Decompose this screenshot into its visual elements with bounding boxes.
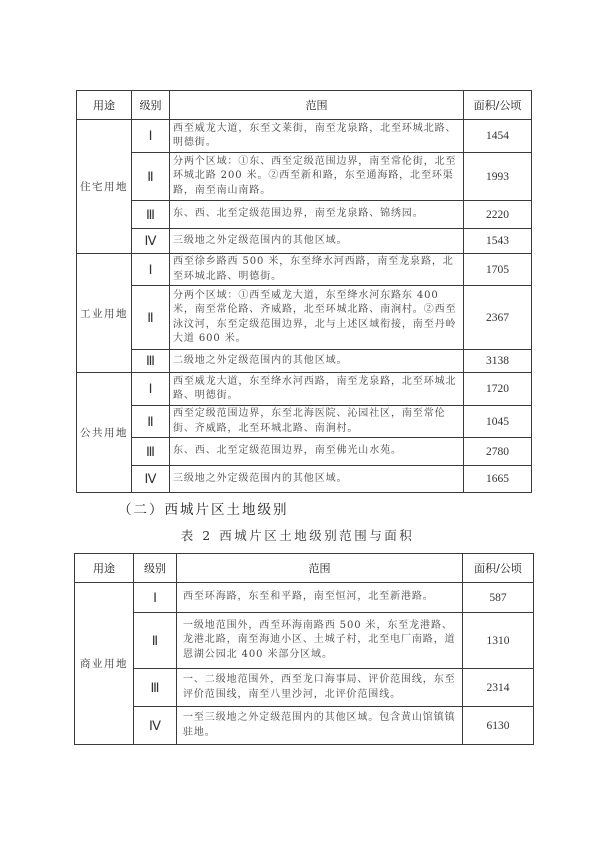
level-cell: Ⅰ [132, 373, 170, 406]
level-cell: Ⅰ [132, 254, 170, 286]
level-cell: Ⅱ [132, 406, 170, 438]
range-cell: 分两个区域：①东、西至定级范围边界，南至常伦街，北至环城北路 200 米。②西至… [170, 153, 464, 201]
level-cell: Ⅱ [134, 613, 177, 669]
level-cell: Ⅳ [134, 707, 177, 745]
range-cell: 东、西、北至定级范围边界，南至龙泉路、锦绣园。 [170, 201, 464, 229]
range-cell: 西至环海路，东至和平路，南至恒河，北至新港路。 [177, 583, 463, 613]
level-cell: Ⅱ [132, 286, 170, 350]
range-cell: 三级地之外定级范围内的其他区域。 [170, 466, 464, 493]
area-cell: 3138 [464, 350, 532, 373]
level-cell: Ⅳ [132, 229, 170, 254]
table-row: 住宅用地 Ⅰ 西至威龙大道，东至文莱街，南至龙泉路，北至环城北路、明德街。 14… [77, 120, 532, 153]
area-cell: 587 [463, 583, 534, 613]
area-cell: 1310 [463, 613, 534, 669]
level-cell: Ⅱ [132, 153, 170, 201]
table-row: Ⅲ 东、西、北至定级范围边界，南至龙泉路、锦绣园。 2220 [77, 201, 532, 229]
table-row: Ⅲ 二级地之外定级范围内的其他区域。 3138 [77, 350, 532, 373]
range-cell: 一级地范围外，西至环海南路西 500 米，东至龙港路、龙港北路，南至海迪小区、土… [177, 613, 463, 669]
area-cell: 2314 [463, 669, 534, 707]
level-cell: Ⅲ [134, 669, 177, 707]
table-row: Ⅳ 三级地之外定级范围内的其他区域。 1543 [77, 229, 532, 254]
table-row: 工业用地 Ⅰ 西至徐乡路西 500 米，东至绛水河西路，南至龙泉路，北至环城北路… [77, 254, 532, 286]
header-range: 范围 [170, 91, 464, 120]
header-area: 面积/公顷 [464, 91, 532, 120]
header-level: 级别 [134, 554, 177, 583]
area-cell: 1993 [464, 153, 532, 201]
level-cell: Ⅰ [132, 120, 170, 153]
use-cell: 工业用地 [77, 254, 132, 373]
area-cell: 2220 [464, 201, 532, 229]
range-cell: 西至威龙大道，东至文莱街，南至龙泉路，北至环城北路、明德街。 [170, 120, 464, 153]
level-cell: Ⅰ [134, 583, 177, 613]
use-cell: 公共用地 [77, 373, 132, 493]
section-heading: （二）西城片区土地级别 [118, 498, 289, 518]
area-cell: 1045 [464, 406, 532, 438]
use-cell: 住宅用地 [77, 120, 132, 254]
range-cell: 三级地之外定级范围内的其他区域。 [170, 229, 464, 254]
table-row: Ⅱ 西至定级范围边界，东至北海医院、沁园社区，南至常伦街、齐威路，北至环城北路、… [77, 406, 532, 438]
table-row: Ⅱ 分两个区域：①东、西至定级范围边界，南至常伦街，北至环城北路 200 米。②… [77, 153, 532, 201]
level-cell: Ⅲ [132, 350, 170, 373]
use-cell: 商业用地 [75, 583, 134, 745]
table-row: Ⅳ 三级地之外定级范围内的其他区域。 1665 [77, 466, 532, 493]
header-use: 用途 [77, 91, 132, 120]
range-cell: 西至定级范围边界，东至北海医院、沁园社区，南至常伦街、齐威路，北至环城北路、南涧… [170, 406, 464, 438]
level-cell: Ⅲ [132, 438, 170, 466]
area-cell: 1454 [464, 120, 532, 153]
area-cell: 1543 [464, 229, 532, 254]
table-row: Ⅱ 一级地范围外，西至环海南路西 500 米，东至龙港路、龙港北路，南至海迪小区… [75, 613, 534, 669]
header-level: 级别 [132, 91, 170, 120]
land-grade-table-2: 用途 级别 范围 面积/公顷 商业用地 Ⅰ 西至环海路，东至和平路，南至恒河，北… [74, 553, 534, 745]
area-cell: 2780 [464, 438, 532, 466]
area-cell: 1665 [464, 466, 532, 493]
range-cell: 二级地之外定级范围内的其他区域。 [170, 350, 464, 373]
table-row: 公共用地 Ⅰ 西至威龙大道，东至绛水河西路，南至龙泉路，北至环城北路、明德街。 … [77, 373, 532, 406]
level-cell: Ⅳ [132, 466, 170, 493]
range-cell: 分两个区域：①西至威龙大道，东至绛水河东路东 400 米，南至常伦路、齐威路，北… [170, 286, 464, 350]
area-cell: 1705 [464, 254, 532, 286]
land-grade-table-1: 用途 级别 范围 面积/公顷 住宅用地 Ⅰ 西至威龙大道，东至文莱街，南至龙泉路… [76, 90, 532, 493]
area-cell: 6130 [463, 707, 534, 745]
table-row: Ⅲ 东、西、北至定级范围边界，南至佛光山水苑。 2780 [77, 438, 532, 466]
range-cell: 西至威龙大道，东至绛水河西路，南至龙泉路，北至环城北路、明德街。 [170, 373, 464, 406]
table-row: 商业用地 Ⅰ 西至环海路，东至和平路，南至恒河，北至新港路。 587 [75, 583, 534, 613]
table2-caption: 表 2 西城片区土地级别范围与面积 [0, 526, 595, 544]
area-cell: 2367 [464, 286, 532, 350]
range-cell: 东、西、北至定级范围边界，南至佛光山水苑。 [170, 438, 464, 466]
table-row: Ⅳ 一至三级地之外定级范围内的其他区域。包含黄山馆镇镇驻地。 6130 [75, 707, 534, 745]
range-cell: 一至三级地之外定级范围内的其他区域。包含黄山馆镇镇驻地。 [177, 707, 463, 745]
table-row: Ⅱ 分两个区域：①西至威龙大道，东至绛水河东路东 400 米，南至常伦路、齐威路… [77, 286, 532, 350]
level-cell: Ⅲ [132, 201, 170, 229]
table-row: Ⅲ 一、二级地范围外，西至龙口海事局、评价范围线，东至评价范围线，南至八里沙河，… [75, 669, 534, 707]
table-header-row: 用途 级别 范围 面积/公顷 [75, 554, 534, 583]
range-cell: 西至徐乡路西 500 米，东至绛水河西路，南至龙泉路，北至环城北路、明德街。 [170, 254, 464, 286]
header-area: 面积/公顷 [463, 554, 534, 583]
header-use: 用途 [75, 554, 134, 583]
area-cell: 1720 [464, 373, 532, 406]
table-header-row: 用途 级别 范围 面积/公顷 [77, 91, 532, 120]
header-range: 范围 [177, 554, 463, 583]
range-cell: 一、二级地范围外，西至龙口海事局、评价范围线，东至评价范围线，南至八里沙河，北评… [177, 669, 463, 707]
